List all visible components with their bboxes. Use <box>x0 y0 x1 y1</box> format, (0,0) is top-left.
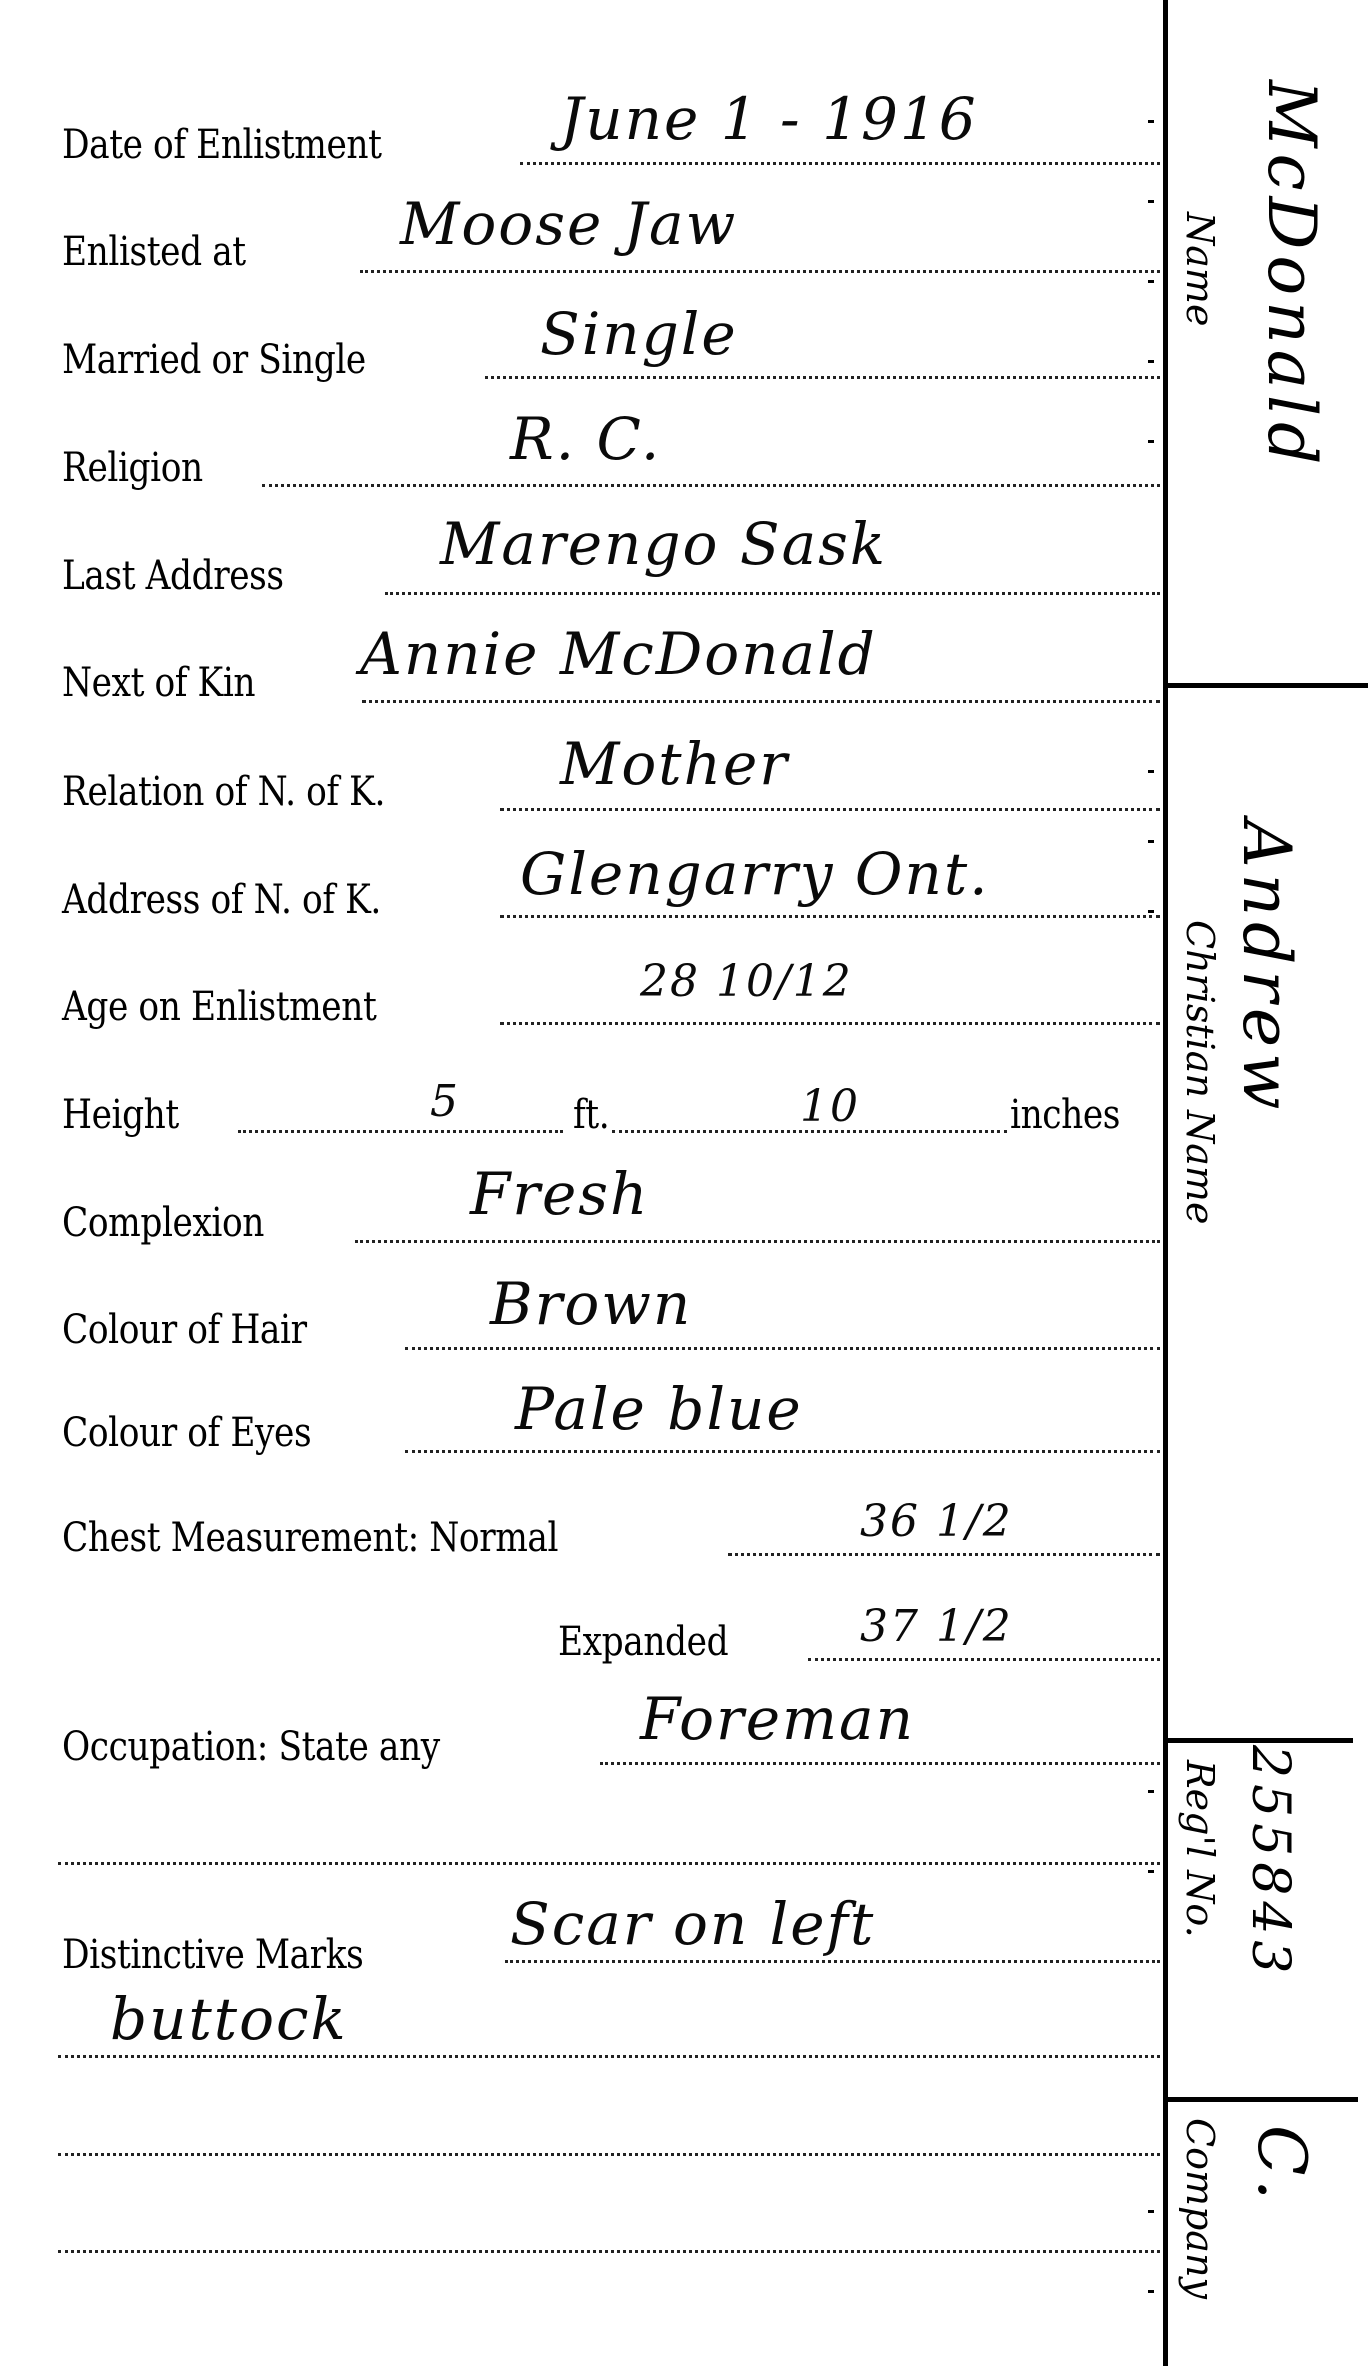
dotted-line <box>600 1762 1160 1765</box>
label-name: Name <box>1178 212 1222 326</box>
value-colour-of-hair: Brown <box>490 1275 692 1333</box>
label-age-on-enlistment: Age on Enlistment <box>62 987 376 1027</box>
value-colour-of-eyes: Pale blue <box>515 1380 803 1438</box>
value-occupation: Foreman <box>640 1690 915 1748</box>
dotted-line <box>360 270 1160 273</box>
tick-mark <box>1148 200 1154 203</box>
label-complexion: Complexion <box>62 1203 264 1243</box>
dotted-line <box>505 1960 1160 1963</box>
tick-mark <box>1148 360 1154 363</box>
dotted-line <box>520 162 1160 165</box>
dotted-line <box>405 1347 1160 1350</box>
divider-regt-no <box>1168 2097 1358 2102</box>
dotted-line <box>500 1022 1160 1025</box>
value-regt-no: 255843 <box>1240 1745 1300 1980</box>
label-regt-no: Reg'l No. <box>1178 1760 1222 1938</box>
value-company: C. <box>1243 2125 1320 2206</box>
dotted-line <box>355 1240 1160 1243</box>
dotted-line <box>728 1553 1160 1556</box>
label-colour-of-hair: Colour of Hair <box>62 1310 307 1350</box>
tick-mark <box>1148 1790 1154 1793</box>
value-distinctive-marks-cont: buttock <box>110 1990 348 2048</box>
dotted-line-blank <box>58 2250 1160 2253</box>
value-married-or-single: Single <box>540 305 738 363</box>
value-last-address: Marengo Sask <box>440 515 887 573</box>
value-christian-name: Andrew <box>1228 820 1305 1116</box>
dotted-line <box>58 2055 1160 2058</box>
label-chest-expanded: Expanded <box>558 1622 728 1662</box>
dotted-line <box>385 592 1160 595</box>
dotted-line <box>485 376 1160 379</box>
value-chest-expanded: 37 1/2 <box>860 1605 1013 1649</box>
tick-mark <box>1148 280 1154 283</box>
label-height-inches: inches <box>1010 1095 1120 1135</box>
tick-mark <box>1148 120 1154 123</box>
label-religion: Religion <box>62 448 203 488</box>
tick-mark <box>1148 910 1154 913</box>
value-next-of-kin: Annie McDonald <box>360 625 877 683</box>
dotted-line <box>808 1658 1160 1661</box>
value-age-on-enlistment: 28 10/12 <box>640 960 853 1004</box>
label-christian-name: Christian Name <box>1178 920 1222 1224</box>
dotted-line <box>238 1130 563 1133</box>
attestation-card: Date of Enlistment June 1 - 1916 Enliste… <box>0 0 1370 2366</box>
dotted-line-blank <box>58 2153 1160 2156</box>
label-company: Company <box>1178 2118 1222 2299</box>
value-relation-of-next-of-kin: Mother <box>560 735 789 793</box>
label-date-of-enlistment: Date of Enlistment <box>62 125 382 165</box>
label-height: Height <box>62 1095 179 1135</box>
value-name: McDonald <box>1253 80 1330 470</box>
label-height-ft: ft. <box>573 1095 609 1135</box>
vertical-rule <box>1163 0 1168 2366</box>
label-enlisted-at: Enlisted at <box>62 232 246 272</box>
dotted-line <box>500 915 1160 918</box>
value-religion: R. C. <box>510 410 661 468</box>
label-married-or-single: Married or Single <box>62 340 366 380</box>
label-address-of-next-of-kin: Address of N. of K. <box>62 880 381 920</box>
value-distinctive-marks: Scar on left <box>510 1895 875 1953</box>
dotted-line <box>362 700 1160 703</box>
dotted-line <box>500 808 1160 811</box>
tick-mark <box>1148 440 1154 443</box>
label-colour-of-eyes: Colour of Eyes <box>62 1413 311 1453</box>
tick-mark <box>1148 2210 1154 2213</box>
dotted-line <box>405 1450 1160 1453</box>
value-height-ft: 5 <box>430 1080 460 1124</box>
label-next-of-kin: Next of Kin <box>62 663 255 703</box>
value-chest-normal: 36 1/2 <box>860 1500 1013 1544</box>
value-date-of-enlistment: June 1 - 1916 <box>560 90 978 148</box>
dotted-line-blank <box>58 1862 1160 1865</box>
value-complexion: Fresh <box>470 1165 649 1223</box>
label-occupation: Occupation: State any <box>62 1727 440 1767</box>
tick-mark <box>1148 770 1154 773</box>
divider-name <box>1168 683 1368 688</box>
label-relation-of-next-of-kin: Relation of N. of K. <box>62 772 385 812</box>
divider-christian-name <box>1168 1738 1353 1743</box>
tick-mark <box>1148 2290 1154 2293</box>
value-height-inches: 10 <box>800 1085 860 1129</box>
value-address-of-next-of-kin: Glengarry Ont. <box>520 845 990 903</box>
dotted-line <box>262 484 1160 487</box>
label-last-address: Last Address <box>62 556 284 596</box>
tick-mark <box>1148 1870 1154 1873</box>
value-enlisted-at: Moose Jaw <box>400 195 737 253</box>
label-chest-normal: Chest Measurement: Normal <box>62 1518 558 1558</box>
tick-mark <box>1148 840 1154 843</box>
label-distinctive-marks: Distinctive Marks <box>62 1935 363 1975</box>
